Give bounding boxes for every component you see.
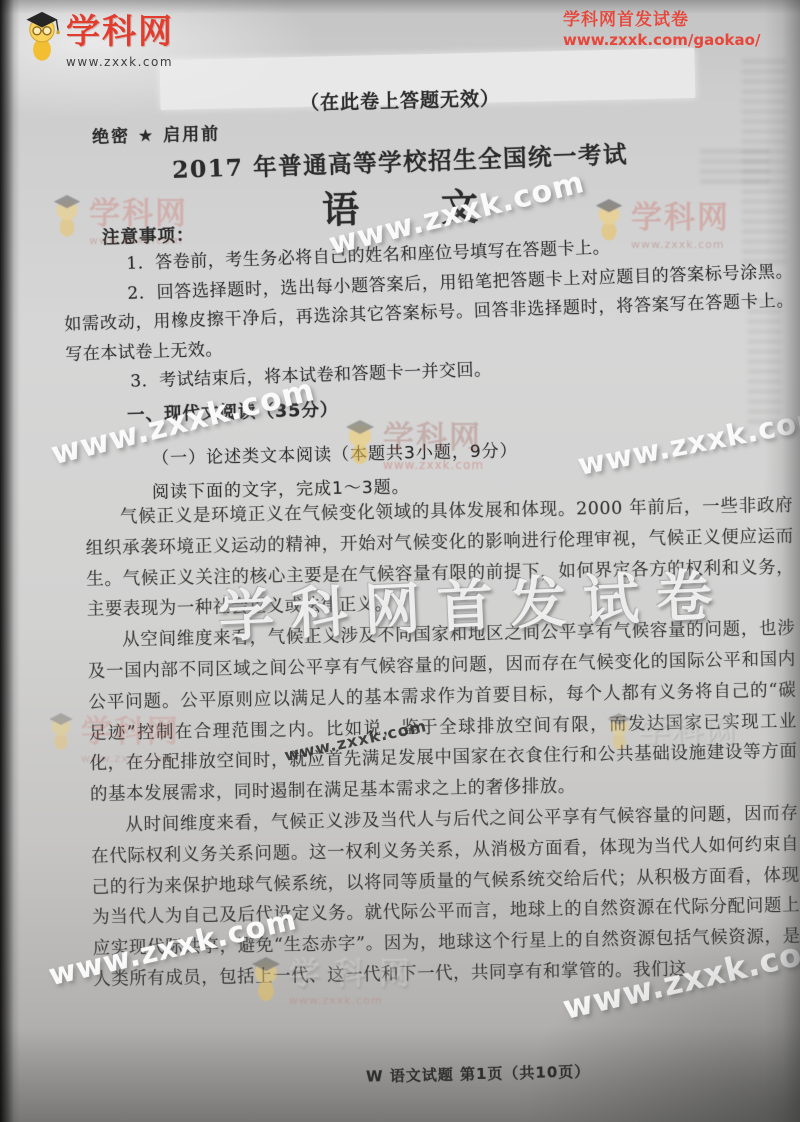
scan-shadow-left [0, 0, 20, 1122]
security-label: 绝密 ★ 启用前 [92, 119, 221, 147]
zxxk-mascot-icon [342, 412, 378, 466]
ghost-brand-url: www.zxxk.com [289, 994, 424, 1007]
scan-shadow-top [0, 0, 800, 14]
ghost-logo: 学科网 www.zxxk.com [50, 188, 188, 247]
scanned-exam-page: 学科网 www.zxxk.com 学科网首发试卷 www.zxxk.com/ga… [0, 0, 800, 1122]
ghost-brand-name: 学科网 [289, 948, 424, 993]
zxxk-mascot-icon [248, 948, 284, 1004]
ghost-logo: 学科网 www.zxxk.com [592, 192, 730, 251]
ghost-brand-name: 学科网 [383, 412, 484, 457]
promo-banner: 学科网首发试卷 www.zxxk.com/gaokao/ [563, 10, 760, 50]
zxxk-mascot-icon [46, 706, 76, 752]
ghost-brand-name: 学科网 [89, 188, 188, 233]
notes-list: 1．答卷前，考生务必将自己的姓名和座位号填写在答题卡上。 2．回答选择题时，选出… [62, 228, 796, 400]
brand-url: www.zxxk.com [66, 55, 174, 69]
ghost-brand-url: www.zxxk.com [383, 458, 484, 472]
ghost-brand-url: www.zxxk.com [81, 752, 180, 765]
zxxk-mascot-icon [50, 188, 84, 238]
ghost-brand-name: 学科网 [639, 706, 738, 751]
ghost-brand-name: 学科网 [81, 706, 180, 751]
ghost-brand-name: 学科网 [631, 192, 730, 237]
ghost-logo: 学科网 www.zxxk.com [248, 948, 424, 1007]
zxxk-mascot-icon [604, 706, 634, 752]
ghost-brand-url: www.zxxk.com [89, 234, 188, 247]
ghost-brand-url: www.zxxk.com [631, 238, 730, 251]
ghost-logo: 学科网 [604, 706, 738, 752]
zxxk-mascot-icon [592, 192, 626, 242]
promo-url: www.zxxk.com/gaokao/ [563, 31, 760, 50]
scan-shadow-corner [520, 912, 800, 1122]
ghost-logo: 学科网 www.zxxk.com [342, 412, 484, 472]
ghost-logo: 学科网 www.zxxk.com [46, 706, 180, 765]
